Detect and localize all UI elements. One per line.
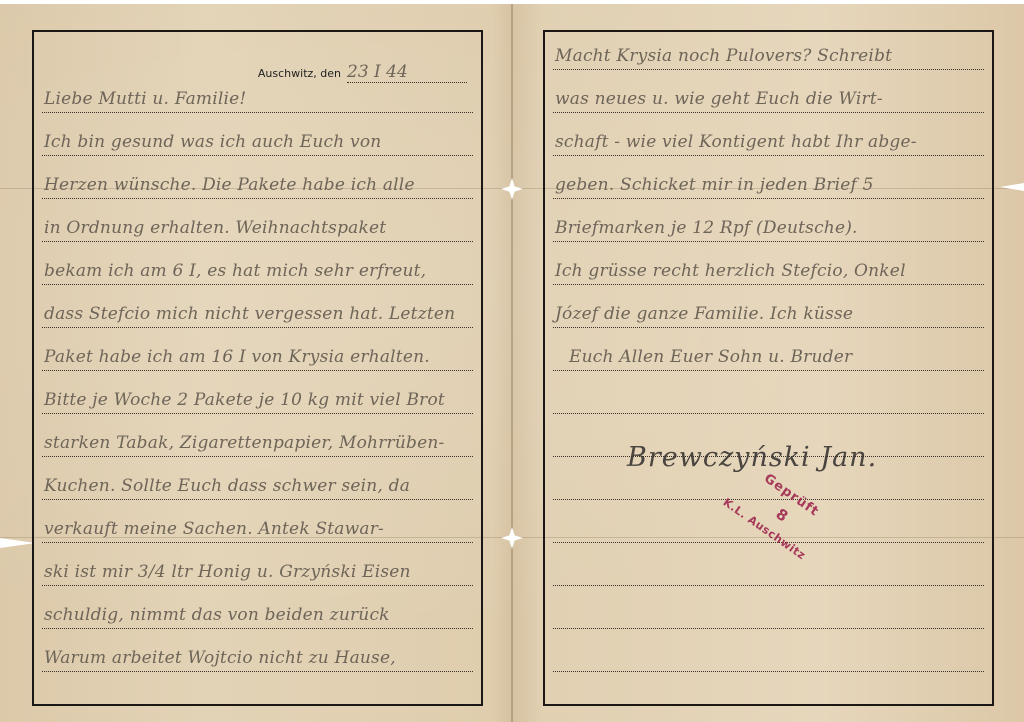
letter-line: starken Tabak, Zigarettenpapier, Mohrrüb…	[44, 433, 475, 453]
letter-line: Ich grüsse recht herzlich Stefcio, Onkel	[555, 261, 986, 281]
ruled-line	[553, 671, 984, 672]
ruled-line	[42, 671, 473, 672]
letter-line: Macht Krysia noch Pulovers? Schreibt	[555, 46, 986, 66]
printed-place-label: Auschwitz, den	[258, 67, 341, 80]
ruled-line	[42, 585, 473, 586]
letter-line: Paket habe ich am 16 I von Krysia erhalt…	[44, 347, 475, 367]
letter-line: schaft - wie viel Kontigent habt Ihr abg…	[555, 132, 986, 152]
ruled-line	[553, 628, 984, 629]
ruled-line	[42, 327, 473, 328]
right-page: Macht Krysia noch Pulovers? Schreibt was…	[543, 30, 994, 706]
ruled-line	[553, 284, 984, 285]
letter-line: in Ordnung erhalten. Weihnachtspaket	[44, 218, 475, 238]
ruled-line	[42, 241, 473, 242]
ruled-line	[42, 370, 473, 371]
ruled-line	[553, 413, 984, 414]
ruled-line	[42, 542, 473, 543]
letter-line: Liebe Mutti u. Familie!	[44, 89, 475, 109]
letter-line: bekam ich am 6 I, es hat mich sehr erfre…	[44, 261, 475, 281]
ruled-line	[42, 198, 473, 199]
ruled-line	[553, 69, 984, 70]
vertical-fold	[511, 4, 513, 722]
handwritten-date: 23 I 44	[347, 62, 467, 83]
letter-line: Briefmarken je 12 Rpf (Deutsche).	[555, 218, 986, 238]
ruled-line	[553, 198, 984, 199]
ruled-line	[42, 628, 473, 629]
ruled-line	[42, 499, 473, 500]
letter-line: Ich bin gesund was ich auch Euch von	[44, 132, 475, 152]
letter-line: Kuchen. Sollte Euch dass schwer sein, da	[44, 476, 475, 496]
letter-line: Herzen wünsche. Die Pakete habe ich alle	[44, 175, 475, 195]
stamp-line-2: 8	[772, 505, 791, 526]
ruled-line	[553, 456, 984, 457]
letter-line: dass Stefcio mich nicht vergessen hat. L…	[44, 304, 475, 324]
letter-line: schuldig, nimmt das von beiden zurück	[44, 605, 475, 625]
ruled-line	[42, 284, 473, 285]
ruled-line	[42, 413, 473, 414]
ruled-line	[553, 155, 984, 156]
letter-line: Józef die ganze Familie. Ich küsse	[555, 304, 986, 324]
ruled-line	[42, 112, 473, 113]
letter-line: Euch Allen Euer Sohn u. Bruder	[569, 347, 986, 367]
letter-line: ski ist mir 3/4 ltr Honig u. Grzyński Ei…	[44, 562, 475, 582]
letter-line: verkauft meine Sachen. Antek Stawar-	[44, 519, 475, 539]
date-header: Auschwitz, den 23 I 44	[258, 62, 467, 83]
letter-line: geben. Schicket mir in jeden Brief 5	[555, 175, 986, 195]
stamp-line-1: Geprüft	[761, 471, 821, 520]
left-page: Auschwitz, den 23 I 44 Liebe Mutti u. Fa…	[32, 30, 483, 706]
letter-line: was neues u. wie geht Euch die Wirt-	[555, 89, 986, 109]
ruled-line	[553, 112, 984, 113]
ruled-line	[553, 370, 984, 371]
ruled-line	[553, 241, 984, 242]
ruled-line	[42, 456, 473, 457]
letter-line: Warum arbeitet Wojtcio nicht zu Hause,	[44, 648, 475, 668]
ruled-line	[553, 327, 984, 328]
letter-line: Bitte je Woche 2 Pakete je 10 kg mit vie…	[44, 390, 475, 410]
censor-stamp: Geprüft 8 K.L. Auschwitz	[690, 460, 860, 625]
ruled-line	[42, 155, 473, 156]
